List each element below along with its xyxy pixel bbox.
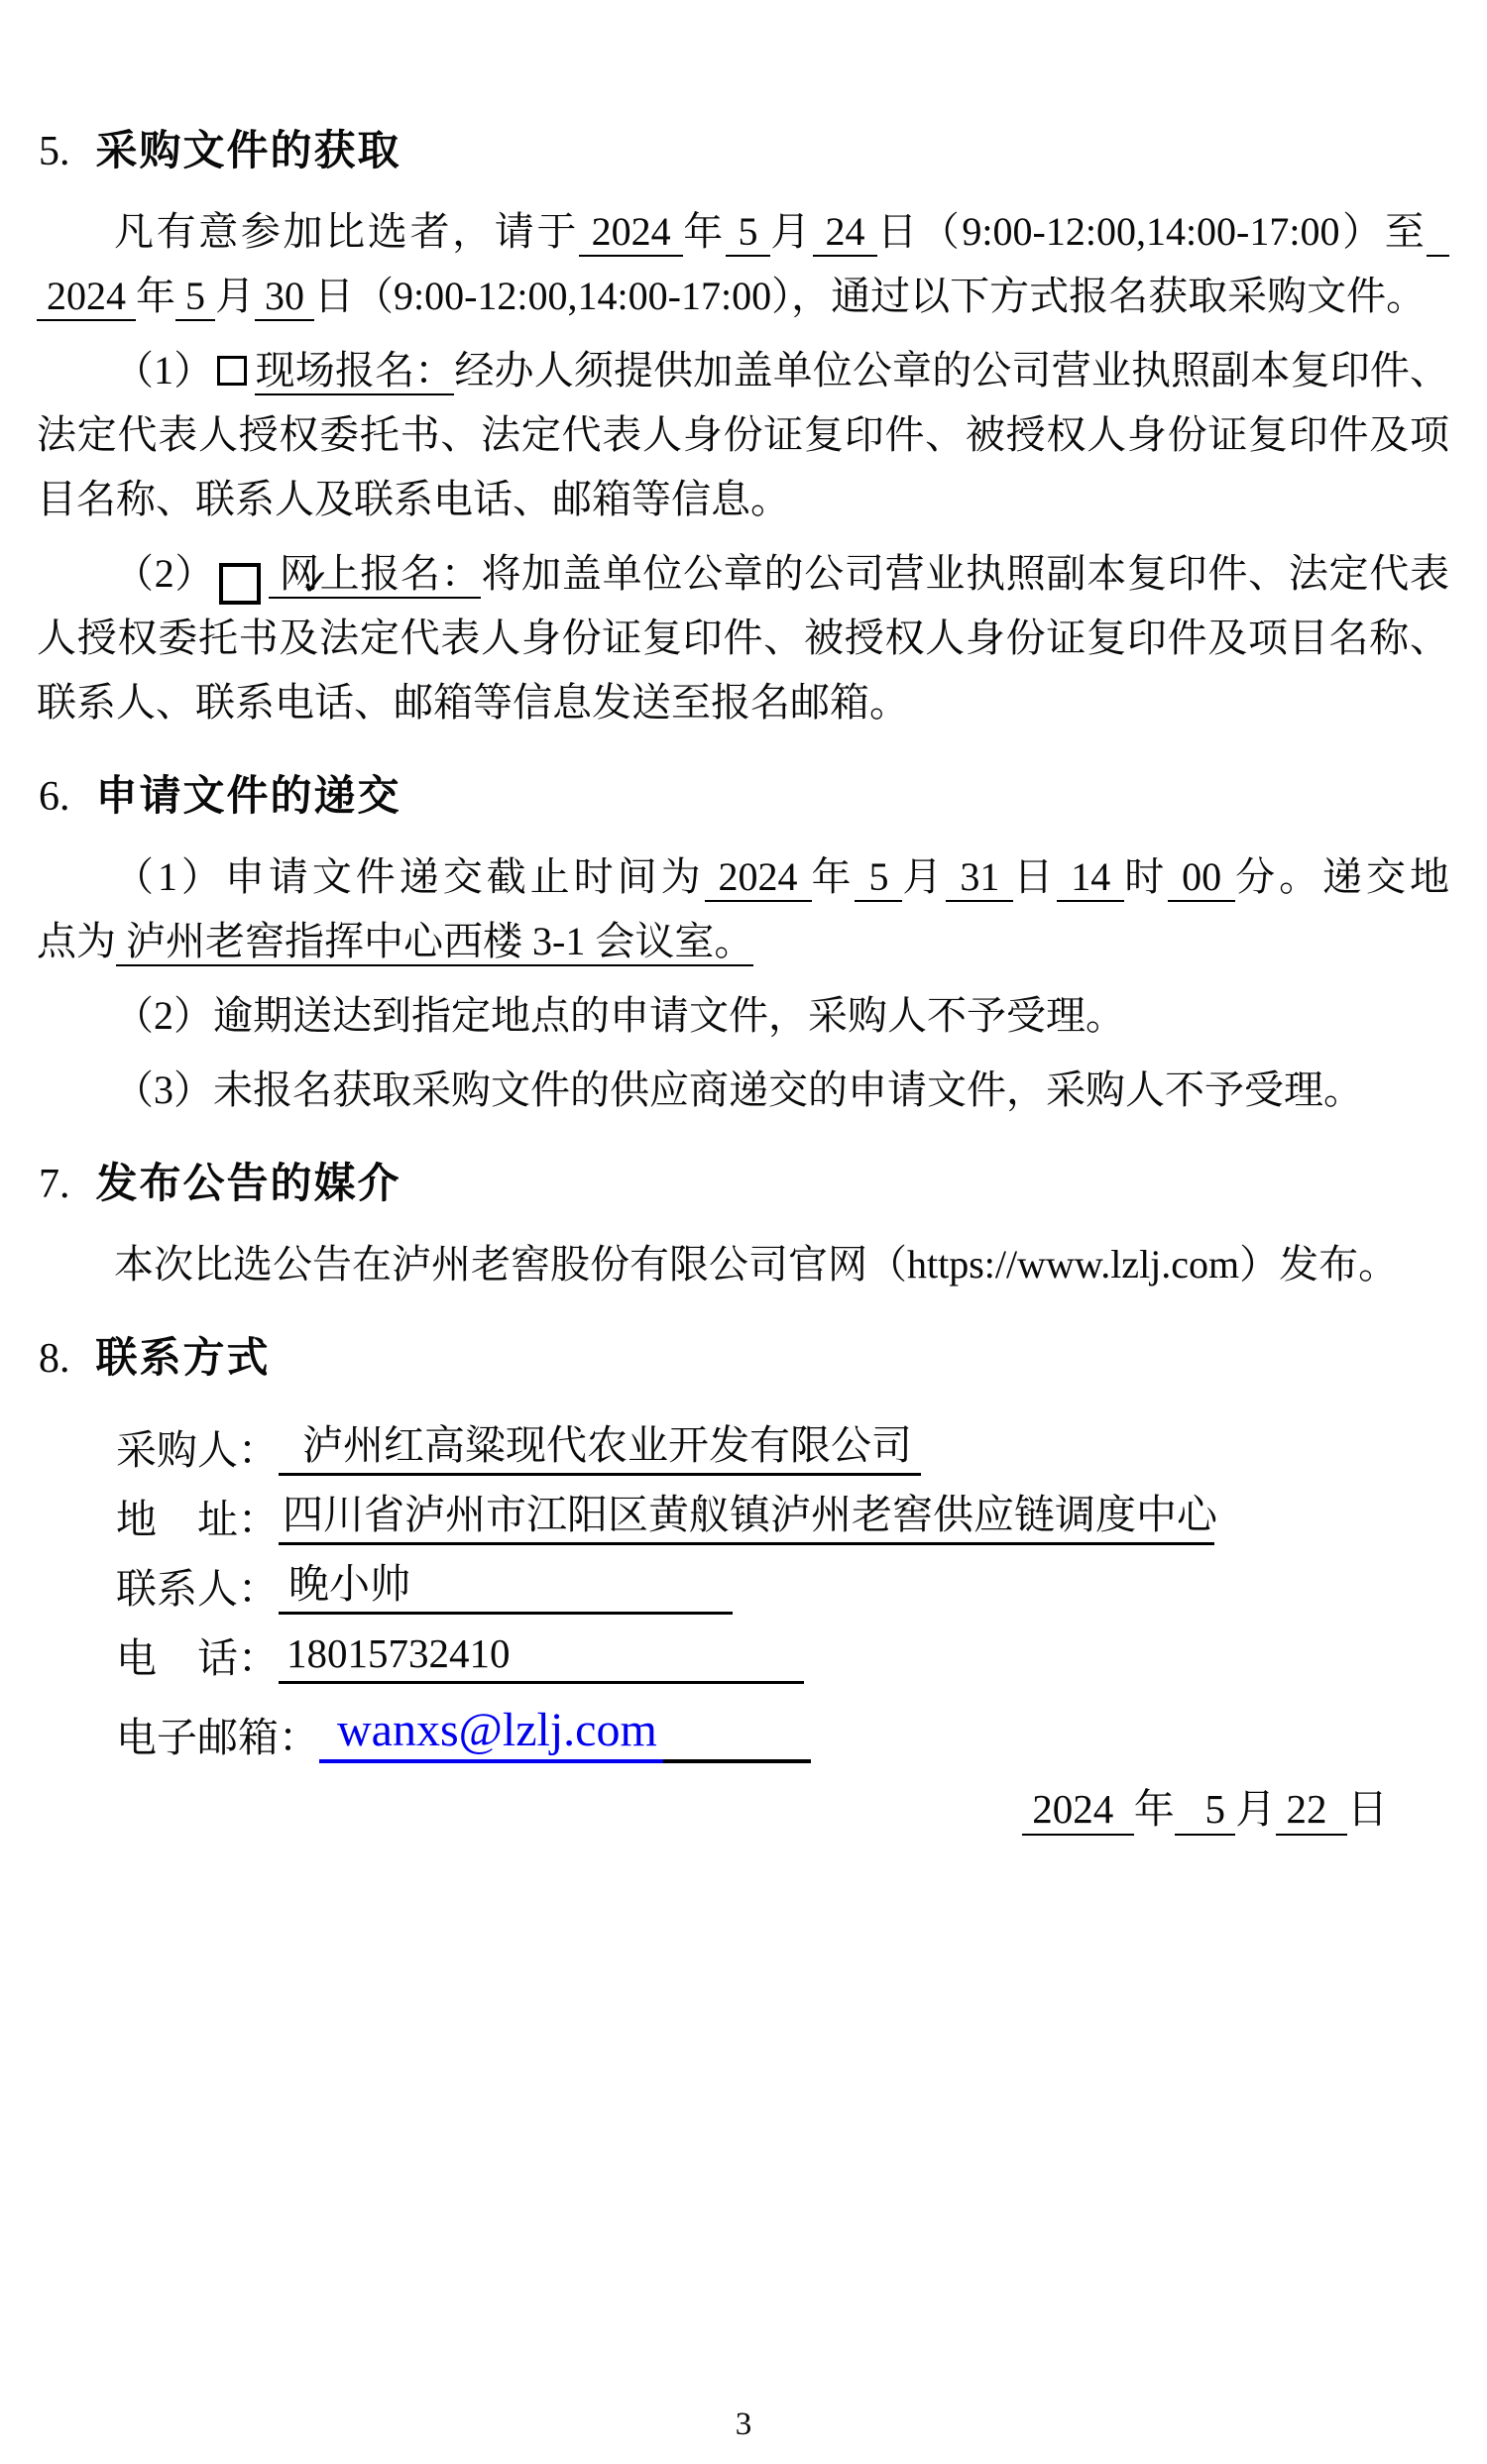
contact-row-phone: 电 话： 18015732410 xyxy=(37,1615,1449,1684)
text-segment: 点为 xyxy=(37,919,116,963)
text-segment: 年 xyxy=(1134,1786,1175,1832)
text-segment: 00 xyxy=(1168,854,1235,902)
document-date: 2024 年 5 月 22 日 xyxy=(37,1777,1449,1842)
contact-row-address: 地 址： 四川省泸州市江阳区黄舣镇泸州老窖供应链调度中心 xyxy=(37,1476,1449,1545)
text-segment: 2024 xyxy=(579,209,683,257)
text-segment: 5 xyxy=(175,274,215,321)
text-segment xyxy=(1427,209,1449,257)
text-segment: ）发布。 xyxy=(1239,1242,1398,1287)
text-line: 人授权委托书及法定代表人身份证复印件、被授权人身份证复印件及项目名称、 xyxy=(37,606,1449,670)
paragraph-announcement-website: 本次比选公告在泸州老窖股份有限公司官网（https://www.lzlj.com… xyxy=(37,1232,1449,1296)
page-number: 3 xyxy=(736,2407,752,2442)
section-6-number: 6. xyxy=(39,773,70,821)
text-line: （2）逾期送达到指定地点的申请文件，采购人不予受理。 xyxy=(37,983,1449,1048)
text-segment: 将加盖单位公章的公司营业执照副本复印件、法定代表 xyxy=(481,551,1449,596)
text-line: （1）申请文件递交截止时间为 2024 年 5 月 31 日 14 时 00 分… xyxy=(37,844,1449,909)
text-segment: 月 xyxy=(770,209,813,254)
contact-row-email: 电子邮箱： wanxs@lzlj.com xyxy=(37,1684,1449,1763)
text-segment: 5 xyxy=(1175,1786,1236,1836)
section-7-heading: 7. 发布公告的媒介 xyxy=(39,1160,1449,1208)
address-value: 四川省泸州市江阳区黄舣镇泸州老窖供应链调度中心 xyxy=(279,1487,1214,1545)
email-field: wanxs@lzlj.com xyxy=(319,1702,811,1763)
onsite-method-label: 现场报名： xyxy=(255,348,454,395)
text-segment: 日（9:00-12:00,14:00-17:00），通过以下方式报名获取采购文件… xyxy=(314,274,1426,318)
section-5-title: 采购文件的获取 xyxy=(96,127,401,174)
text-line: 法定代表人授权委托书、法定代表人身份证复印件、被授权人身份证复印件及项 xyxy=(37,402,1449,467)
page-footer: 3 xyxy=(0,2407,1487,2443)
phone-value: 18015732410 xyxy=(279,1625,804,1684)
text-line: 凡有意参加比选者，请于 2024 年 5 月 24 日（9:00-12:00,1… xyxy=(37,199,1449,264)
address-label: 地 址： xyxy=(116,1487,279,1545)
text-line: 目名称、联系人及联系电话、邮箱等信息。 xyxy=(37,467,1449,531)
section-7-number: 7. xyxy=(39,1161,70,1208)
contact-block: 采购人： 泸州红高粱现代农业开发有限公司 地 址： 四川省泸州市江阳区黄舣镇泸州… xyxy=(37,1406,1449,1763)
text-segment: 月 xyxy=(1235,1786,1276,1832)
text-segment: 2024 xyxy=(705,854,812,902)
email-link[interactable]: wanxs@lzlj.com xyxy=(319,1702,663,1763)
text-segment: 凡有意参加比选者，请于 xyxy=(114,209,579,254)
text-segment: 日 xyxy=(1013,854,1057,899)
text-segment: 5 xyxy=(726,209,770,257)
text-segment: 年 xyxy=(683,209,726,254)
text-segment: （2） xyxy=(114,551,215,596)
phone-label: 电 话： xyxy=(116,1625,279,1684)
section-8-number: 8. xyxy=(39,1335,70,1383)
online-method-label: 网上报名： xyxy=(269,551,481,599)
section-8-heading: 8. 联系方式 xyxy=(39,1334,1449,1383)
text-segment: 经办人须提供加盖单位公章的公司营业执照副本复印件、 xyxy=(454,348,1449,392)
paragraph-deadline: （1）申请文件递交截止时间为 2024 年 5 月 31 日 14 时 00 分… xyxy=(37,844,1449,973)
text-line: （3）未报名获取采购文件的供应商递交的申请文件，采购人不予受理。 xyxy=(37,1058,1449,1122)
contact-person-label: 联系人： xyxy=(116,1556,279,1615)
text-segment: 目名称、联系人及联系电话、邮箱等信息。 xyxy=(37,477,790,521)
text-segment: 法定代表人授权委托书、法定代表人身份证复印件、被授权人身份证复印件及项 xyxy=(37,412,1449,457)
contact-row-buyer: 采购人： 泸州红高粱现代农业开发有限公司 xyxy=(37,1406,1449,1476)
text-line: 本次比选公告在泸州老窖股份有限公司官网（https://www.lzlj.com… xyxy=(37,1232,1449,1296)
text-segment: 分。递交地 xyxy=(1235,854,1449,899)
text-segment: 本次比选公告在泸州老窖股份有限公司官网（ xyxy=(114,1242,907,1287)
text-segment: 31 xyxy=(946,854,1013,902)
text-segment: 日（9:00-12:00,14:00-17:00）至 xyxy=(877,209,1427,254)
text-segment: 联系人、联系电话、邮箱等信息发送至报名邮箱。 xyxy=(37,680,909,725)
text-line: 2024 年 5 月 30 日（9:00-12:00,14:00-17:00），… xyxy=(37,264,1449,328)
section-application-submission: 6. 申请文件的递交 （1）申请文件递交截止时间为 2024 年 5 月 31 … xyxy=(37,772,1449,1122)
text-line: 联系人、联系电话、邮箱等信息发送至报名邮箱。 xyxy=(37,670,1449,734)
text-segment: 30 xyxy=(255,274,314,321)
paragraph-unregistered-supplier: （3）未报名获取采购文件的供应商递交的申请文件，采购人不予受理。 xyxy=(37,1058,1449,1122)
section-6-title: 申请文件的递交 xyxy=(96,772,401,820)
text-segment: 2024 xyxy=(37,274,136,321)
underline-fill xyxy=(663,1749,811,1763)
section-7-title: 发布公告的媒介 xyxy=(96,1160,401,1207)
text-segment: 2024 xyxy=(1022,1786,1134,1836)
text-line: 点为 泸州老窖指挥中心西楼 3-1 会议室。 xyxy=(37,909,1449,973)
text-segment: 24 xyxy=(813,209,877,257)
paragraph-registration-period: 凡有意参加比选者，请于 2024 年 5 月 24 日（9:00-12:00,1… xyxy=(37,199,1449,328)
text-segment: 时 xyxy=(1124,854,1168,899)
submission-location: 泸州老窖指挥中心西楼 3-1 会议室。 xyxy=(116,919,753,966)
text-segment: 22 xyxy=(1276,1786,1347,1836)
buyer-value: 泸州红高粱现代农业开发有限公司 xyxy=(279,1417,921,1476)
text-segment: （1）申请文件递交截止时间为 xyxy=(114,854,705,899)
text-segment: 年 xyxy=(812,854,856,899)
section-8-title: 联系方式 xyxy=(96,1334,271,1382)
paragraph-onsite-registration: （1）现场报名：经办人须提供加盖单位公章的公司营业执照副本复印件、法定代表人授权… xyxy=(37,338,1449,531)
onsite-checkbox-icon[interactable] xyxy=(217,356,247,386)
section-procurement-docs: 5. 采购文件的获取 凡有意参加比选者，请于 2024 年 5 月 24 日（9… xyxy=(37,127,1449,734)
paragraph-online-registration: （2）✓ 网上报名：将加盖单位公章的公司营业执照副本复印件、法定代表人授权委托书… xyxy=(37,541,1449,734)
text-segment: 年 xyxy=(136,274,175,318)
section-5-heading: 5. 采购文件的获取 xyxy=(39,127,1449,175)
text-segment: （2）逾期送达到指定地点的申请文件，采购人不予受理。 xyxy=(114,993,1125,1038)
contact-person-value: 晚小帅 xyxy=(279,1556,733,1615)
document-page: 5. 采购文件的获取 凡有意参加比选者，请于 2024 年 5 月 24 日（9… xyxy=(0,0,1487,2464)
text-segment: （1） xyxy=(114,348,213,392)
text-segment: （3）未报名获取采购文件的供应商递交的申请文件，采购人不予受理。 xyxy=(114,1067,1363,1112)
text-segment: 5 xyxy=(855,854,902,902)
text-segment: 日 xyxy=(1347,1786,1388,1832)
section-5-number: 5. xyxy=(39,128,70,175)
text-line: （2）✓ 网上报名：将加盖单位公章的公司营业执照副本复印件、法定代表 xyxy=(37,541,1449,606)
text-segment: 人授权委托书及法定代表人身份证复印件、被授权人身份证复印件及项目名称、 xyxy=(37,616,1449,660)
text-segment: 月 xyxy=(215,274,255,318)
paragraph-late-submission: （2）逾期送达到指定地点的申请文件，采购人不予受理。 xyxy=(37,983,1449,1048)
section-6-heading: 6. 申请文件的递交 xyxy=(39,772,1449,821)
website-url: https://www.lzlj.com xyxy=(907,1242,1239,1287)
email-label: 电子邮箱： xyxy=(116,1705,319,1763)
contact-row-person: 联系人： 晚小帅 xyxy=(37,1545,1449,1615)
section-announcement-media: 7. 发布公告的媒介 本次比选公告在泸州老窖股份有限公司官网（https://w… xyxy=(37,1160,1449,1296)
text-segment: 月 xyxy=(902,854,946,899)
online-checkbox-icon[interactable]: ✓ xyxy=(219,563,261,605)
text-segment: 14 xyxy=(1057,854,1124,902)
section-contact-info: 8. 联系方式 采购人： 泸州红高粱现代农业开发有限公司 地 址： 四川省泸州市… xyxy=(37,1334,1449,1763)
buyer-label: 采购人： xyxy=(116,1417,279,1476)
text-line: （1）现场报名：经办人须提供加盖单位公章的公司营业执照副本复印件、 xyxy=(37,338,1449,402)
